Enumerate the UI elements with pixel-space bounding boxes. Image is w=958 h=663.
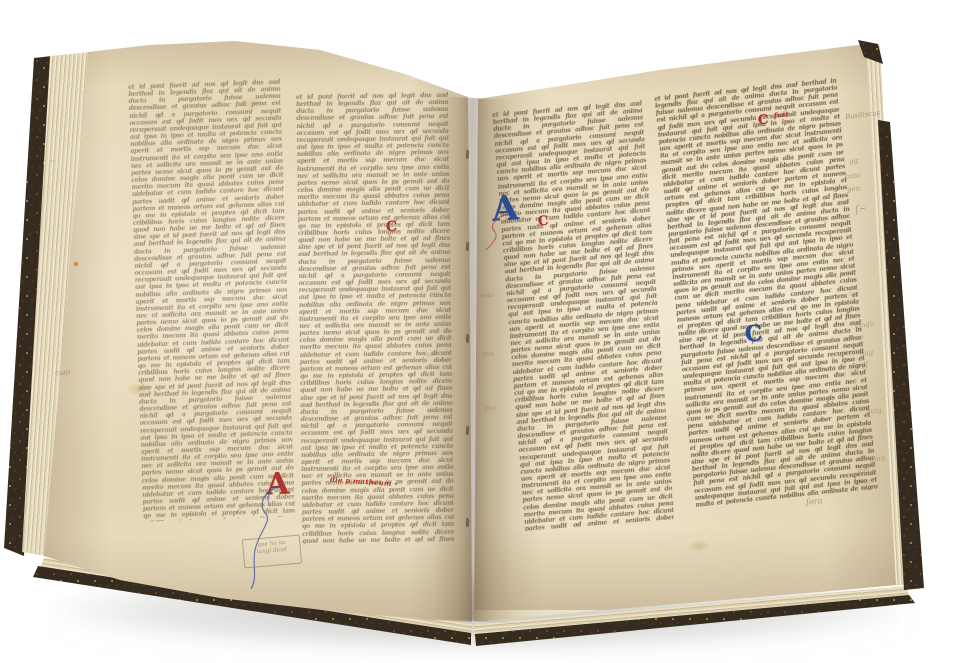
stain [73, 261, 79, 267]
illuminated-initial-c: C [537, 215, 548, 229]
marginal-note: gg [849, 157, 859, 166]
marginal-note: cui9 [55, 369, 70, 378]
binding-stitch [466, 426, 469, 435]
marginal-note: ſora [806, 496, 823, 507]
gutter-shading [434, 88, 514, 628]
marginal-note: nota [480, 291, 494, 299]
marginal-note: gen [847, 184, 861, 193]
marginal-note: ·:· [50, 158, 56, 165]
marginal-note: amb [870, 454, 886, 464]
marginal-note: ſſ [863, 361, 869, 369]
left-page-top-shading [80, 36, 480, 88]
marginal-note: cato [845, 171, 861, 181]
stain [688, 540, 710, 552]
marginal-note: fiue [485, 405, 497, 413]
marginal-note: aug [483, 350, 495, 358]
text-column-left-b: et id pont fuerit ad nos qd legit dns au… [296, 92, 454, 544]
text-column-right-a: et id pont fuerit ad nos qd legit dns au… [492, 100, 674, 530]
binding-stitch [466, 334, 469, 343]
rubric-text: fuit [774, 109, 790, 119]
marginal-note: aug [860, 348, 874, 357]
illuminated-initial-c: C [386, 220, 398, 234]
marginal-note: no [430, 290, 438, 297]
marginal-note: and [858, 466, 870, 474]
boxed-marginal-note: que ho na lungi dicat [242, 535, 302, 569]
binding-stitch [466, 150, 469, 159]
binding-stitch [466, 242, 469, 251]
boxed-note-line: lungi dicat [257, 547, 288, 556]
illuminated-initial-c: C [757, 113, 769, 127]
marginal-note: bulg [866, 406, 882, 416]
text-column-left-a: et id pont fuerit ad nos qd legit dns au… [128, 79, 295, 522]
illuminated-initial-c: C [744, 322, 764, 346]
marginal-note: fin [429, 407, 437, 414]
text-column-right-b: et id pont fuerit ad nos qd legit dns au… [654, 78, 878, 508]
manuscript-photo: et id pont fuerit ad nos qd legit dns au… [0, 0, 958, 663]
binding-stitch [466, 518, 469, 527]
marginal-note: aut [427, 351, 437, 359]
